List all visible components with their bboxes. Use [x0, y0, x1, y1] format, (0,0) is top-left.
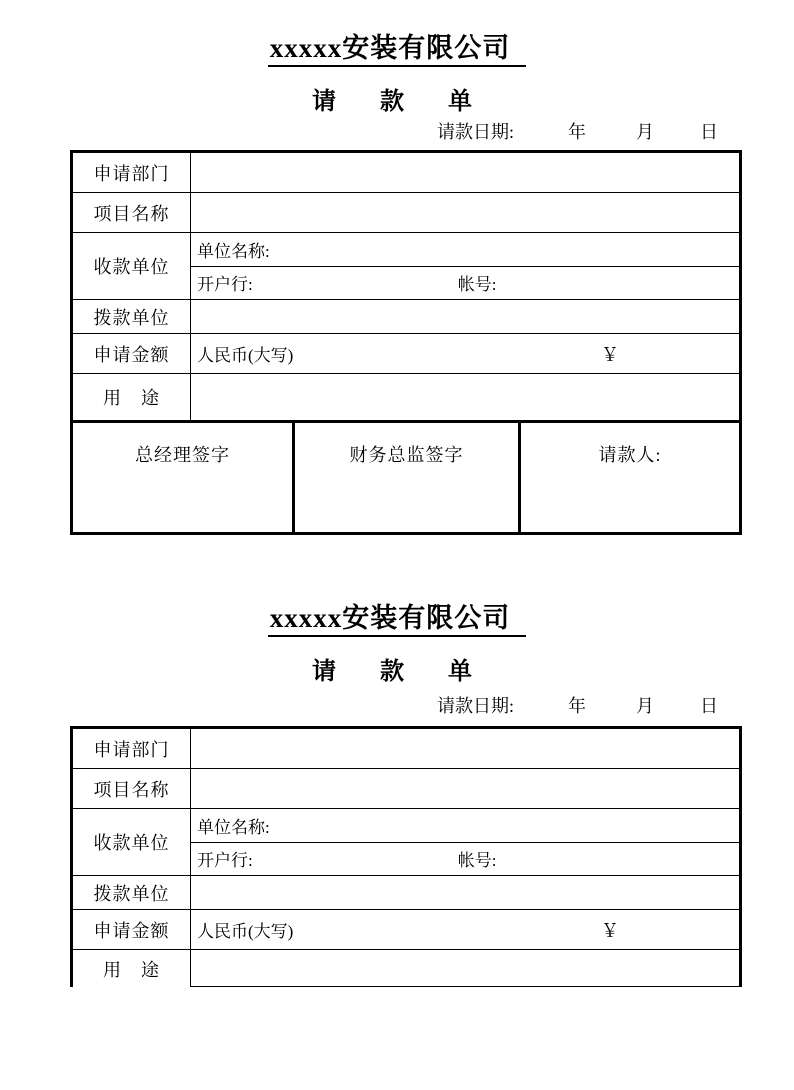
- requester-label: 请款人:: [598, 441, 661, 467]
- date-year-blank[interactable]: [514, 698, 568, 716]
- payee-unit-label: 收款单位: [73, 233, 191, 299]
- applying-department-input-cell[interactable]: [191, 729, 739, 768]
- payee-unit-name-row: 单位名称:: [191, 809, 739, 843]
- project-name-input-cell[interactable]: [191, 769, 739, 808]
- payee-bank-label: 开户行:: [197, 270, 253, 295]
- payee-bank-row: 开户行: 帐号:: [191, 267, 739, 300]
- finance-director-signature-cell[interactable]: 财务总监签字: [292, 423, 518, 532]
- allocating-unit-label: 拨款单位: [73, 876, 191, 909]
- row-request-amount: 申请金额 人民币(大写) ￥: [73, 334, 739, 374]
- payee-unit-name-row: 单位名称:: [191, 233, 739, 267]
- purpose-input-cell[interactable]: [191, 374, 739, 420]
- payee-unit-name-label: 单位名称:: [197, 237, 270, 262]
- payee-unit-name-input[interactable]: [270, 809, 739, 842]
- request-amount-label: 申请金额: [73, 910, 191, 949]
- form-title: 请 款 单: [0, 659, 794, 685]
- row-project-name: 项目名称: [73, 193, 739, 233]
- date-month-label: 月: [636, 122, 654, 142]
- applying-department-label: 申请部门: [73, 729, 191, 768]
- payee-account-label: 帐号:: [458, 846, 497, 871]
- allocating-unit-input-cell[interactable]: [191, 300, 739, 333]
- currency-symbol: ￥: [601, 341, 619, 367]
- row-payee-unit: 收款单位 单位名称: 开户行: 帐号:: [73, 233, 739, 300]
- payee-unit-name-label: 单位名称:: [197, 813, 270, 838]
- payee-unit-content: 单位名称: 开户行: 帐号:: [191, 809, 739, 875]
- date-label: 请款日期:: [437, 696, 514, 716]
- amount-number-input[interactable]: [619, 921, 739, 939]
- row-applying-department: 申请部门: [73, 729, 739, 769]
- amount-in-words-label: 人民币(大写): [197, 917, 293, 942]
- date-line: 请款日期: 年 月 日: [0, 696, 742, 716]
- finance-director-signature-label: 财务总监签字: [350, 441, 464, 467]
- date-month-label: 月: [636, 696, 654, 716]
- project-name-label: 项目名称: [73, 769, 191, 808]
- applying-department-label: 申请部门: [73, 153, 191, 192]
- purpose-input-cell[interactable]: [191, 950, 739, 987]
- row-request-amount: 申请金额 人民币(大写) ￥: [73, 910, 739, 950]
- row-payee-unit: 收款单位 单位名称: 开户行: 帐号:: [73, 809, 739, 876]
- signature-row: 总经理签字 财务总监签字 请款人:: [73, 420, 739, 532]
- allocating-unit-label: 拨款单位: [73, 300, 191, 333]
- company-title: xxxxx安装有限公司: [0, 0, 794, 67]
- row-purpose: 用 途: [73, 950, 739, 987]
- date-year-label: 年: [568, 122, 586, 142]
- form-copy-first: xxxxx安装有限公司 请 款 单 请款日期: 年 月 日 申请部门 项目名称 …: [0, 0, 794, 535]
- date-month-blank[interactable]: [586, 124, 636, 142]
- date-label: 请款日期:: [437, 122, 514, 142]
- payee-bank-label: 开户行:: [197, 846, 253, 871]
- payment-request-table: 申请部门 项目名称 收款单位 单位名称: 开户行: 帐号:: [70, 150, 742, 535]
- amount-in-words-label: 人民币(大写): [197, 341, 293, 366]
- company-title-text: xxxxx安装有限公司: [268, 33, 527, 67]
- general-manager-signature-cell[interactable]: 总经理签字: [73, 423, 292, 532]
- request-amount-label: 申请金额: [73, 334, 191, 373]
- payee-unit-name-input[interactable]: [270, 233, 739, 266]
- date-line: 请款日期: 年 月 日: [0, 122, 742, 142]
- payment-request-sheet: xxxxx安装有限公司 请 款 单 请款日期: 年 月 日 申请部门 项目名称 …: [0, 0, 794, 1090]
- project-name-input-cell[interactable]: [191, 193, 739, 232]
- payment-request-table: 申请部门 项目名称 收款单位 单位名称: 开户行: 帐号:: [70, 726, 742, 987]
- payee-unit-content: 单位名称: 开户行: 帐号:: [191, 233, 739, 299]
- purpose-label: 用 途: [73, 950, 191, 987]
- payee-account-input[interactable]: [496, 267, 739, 300]
- applying-department-input-cell[interactable]: [191, 153, 739, 192]
- date-year-label: 年: [568, 696, 586, 716]
- currency-symbol: ￥: [601, 917, 619, 943]
- general-manager-signature-label: 总经理签字: [135, 441, 230, 467]
- company-title-text: xxxxx安装有限公司: [268, 603, 527, 637]
- project-name-label: 项目名称: [73, 193, 191, 232]
- amount-number-input[interactable]: [619, 345, 739, 363]
- request-amount-content: 人民币(大写) ￥: [191, 334, 739, 373]
- purpose-label: 用 途: [73, 374, 191, 420]
- row-purpose: 用 途: [73, 374, 739, 420]
- date-day-label: 日: [700, 696, 718, 716]
- date-day-label: 日: [700, 122, 718, 142]
- request-amount-content: 人民币(大写) ￥: [191, 910, 739, 949]
- company-title: xxxxx安装有限公司: [0, 535, 794, 637]
- payee-unit-label: 收款单位: [73, 809, 191, 875]
- payee-bank-row: 开户行: 帐号:: [191, 843, 739, 876]
- date-day-blank[interactable]: [654, 124, 700, 142]
- form-title: 请 款 单: [0, 89, 794, 115]
- date-month-blank[interactable]: [586, 698, 636, 716]
- date-day-blank[interactable]: [654, 698, 700, 716]
- row-allocating-unit: 拨款单位: [73, 300, 739, 334]
- payee-account-input[interactable]: [496, 843, 739, 876]
- requester-signature-cell[interactable]: 请款人:: [518, 423, 739, 532]
- row-allocating-unit: 拨款单位: [73, 876, 739, 910]
- payee-account-label: 帐号:: [458, 270, 497, 295]
- row-project-name: 项目名称: [73, 769, 739, 809]
- allocating-unit-input-cell[interactable]: [191, 876, 739, 909]
- row-applying-department: 申请部门: [73, 153, 739, 193]
- date-year-blank[interactable]: [514, 124, 568, 142]
- form-copy-second: xxxxx安装有限公司 请 款 单 请款日期: 年 月 日 申请部门 项目名称 …: [0, 535, 794, 987]
